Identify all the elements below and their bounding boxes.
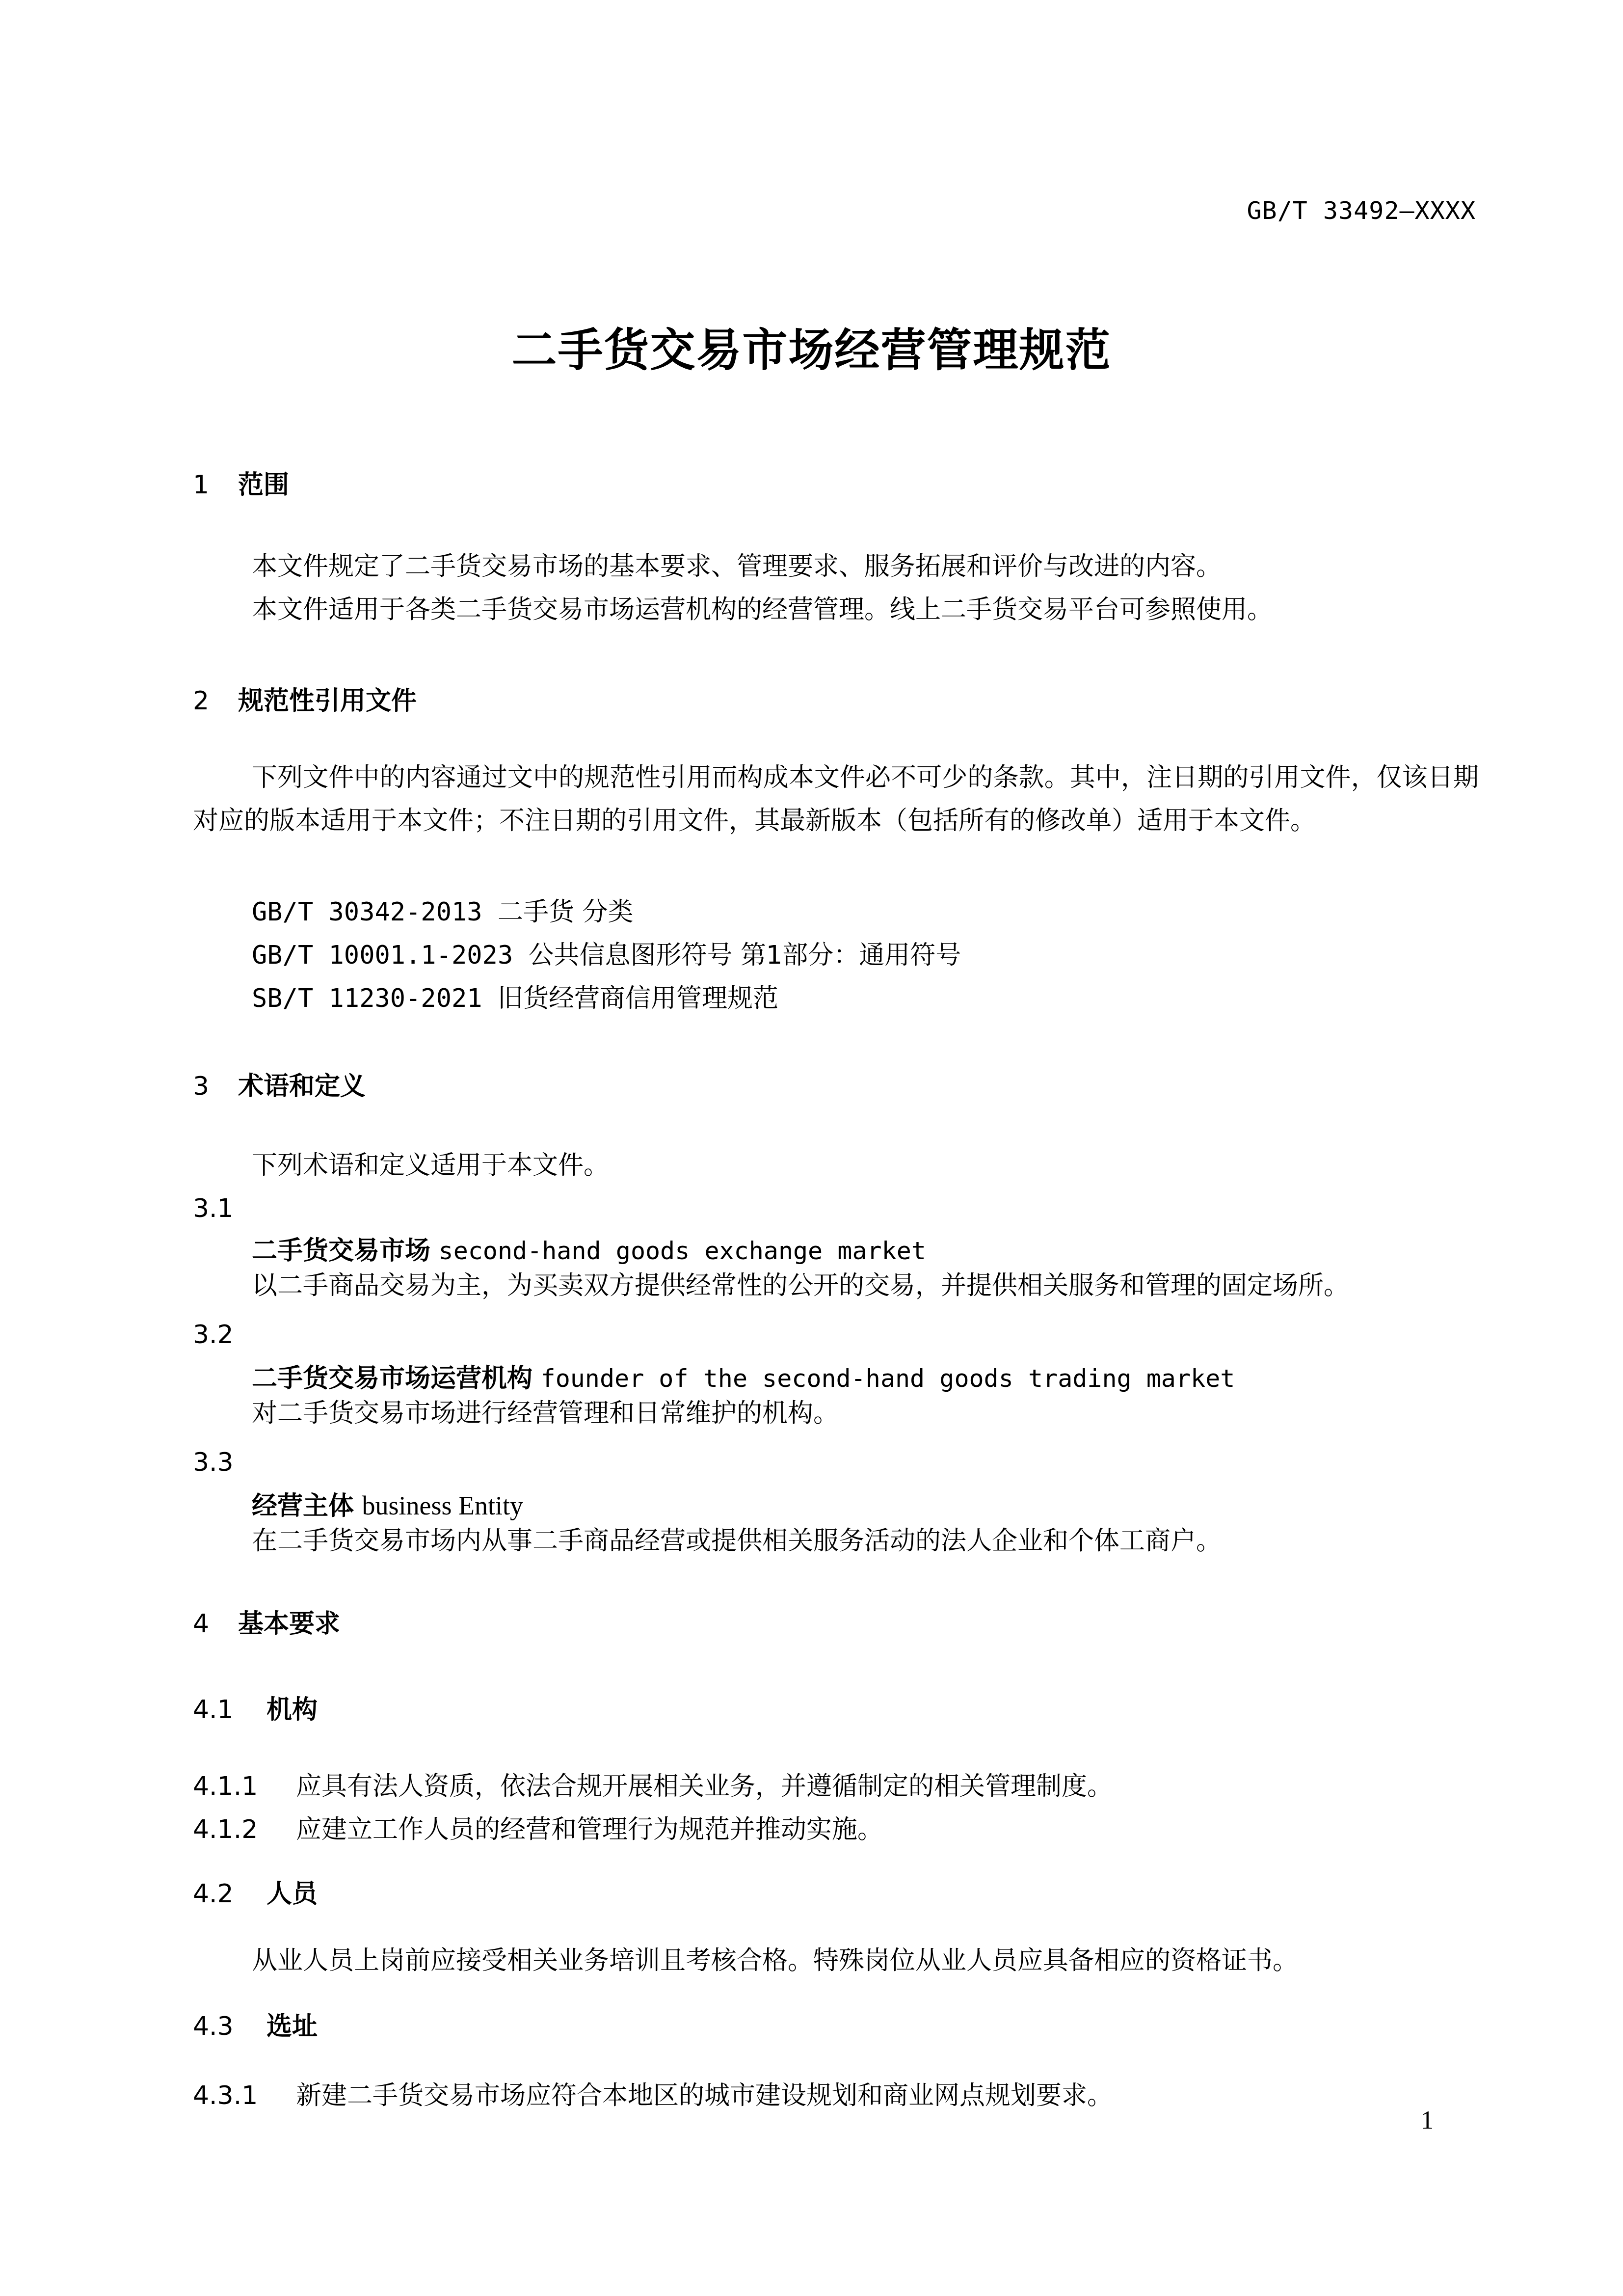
section-2-heading: 2规范性引用文件 [193, 680, 417, 717]
section-3-heading: 3术语和定义 [193, 1065, 366, 1102]
section-1-heading: 1范围 [193, 464, 289, 501]
clause-number: 4.1.2 [193, 1808, 296, 1851]
term-definition: 对二手货交易市场进行经营管理和日常维护的机构。 [252, 1392, 839, 1435]
reference-code: GB/T 30342-2013 [252, 897, 482, 927]
page-number: 1 [1421, 2106, 1434, 2135]
subsection-4-3-heading: 4.3选址 [193, 2005, 318, 2042]
subsection-number: 4.3 [193, 2012, 266, 2041]
term-zh: 二手货交易市场运营机构 [252, 1364, 532, 1393]
term-definition: 在二手货交易市场内从事二手商品经营或提供相关服务活动的法人企业和个体工商户。 [252, 1519, 1222, 1563]
term-entry: 经营主体 business Entity [252, 1485, 523, 1522]
paragraph: 从业人员上岗前应接受相关业务培训且考核合格。特殊岗位从业人员应具备相应的资格证书… [252, 1939, 1298, 1982]
reference-code: SB/T 11230-2021 [252, 984, 482, 1013]
paragraph: 本文件规定了二手货交易市场的基本要求、管理要求、服务拓展和评价与改进的内容。 [252, 545, 1222, 588]
subsection-4-2-heading: 4.2人员 [193, 1873, 318, 1910]
term-entry: 二手货交易市场运营机构 founder of the second-hand g… [252, 1357, 1235, 1394]
standard-code: GB/T 33492—XXXX [1247, 196, 1476, 225]
term-en: business Entity [362, 1491, 524, 1520]
clause-text: 新建二手货交易市场应符合本地区的城市建设规划和商业网点规划要求。 [296, 2081, 1113, 2110]
section-title: 范围 [238, 470, 289, 500]
clause-text: 应具有法人资质，依法合规开展相关业务，并遵循制定的相关管理制度。 [296, 1772, 1113, 1801]
terms-intro: 下列术语和定义适用于本文件。 [252, 1144, 609, 1187]
clause-item: 4.1.2应建立工作人员的经营和管理行为规范并推动实施。 [193, 1808, 883, 1851]
reference-title: 二手货 分类 [498, 897, 634, 927]
subsection-number: 4.1 [193, 1695, 266, 1725]
reference-title: 旧货经营商信用管理规范 [498, 984, 778, 1013]
clause-number: 4.1.1 [193, 1765, 296, 1808]
section-title: 术语和定义 [238, 1072, 366, 1101]
reference-item: SB/T 11230-2021 旧货经营商信用管理规范 [252, 977, 778, 1014]
reference-title: 公共信息图形符号 第1部分：通用符号 [529, 941, 961, 970]
section-4-heading: 4基本要求 [193, 1603, 340, 1640]
reference-item: GB/T 10001.1-2023 公共信息图形符号 第1部分：通用符号 [252, 934, 961, 971]
reference-item: GB/T 30342-2013 二手货 分类 [252, 891, 633, 928]
term-definition: 以二手商品交易为主，为买卖双方提供经常性的公开的交易，并提供相关服务和管理的固定… [252, 1264, 1349, 1307]
normative-references-intro: 下列文件中的内容通过文中的规范性引用而构成本文件必不可少的条款。其中，注日期的引… [193, 756, 1479, 842]
subsection-4-1-heading: 4.1机构 [193, 1689, 318, 1726]
section-number: 1 [193, 470, 238, 500]
term-zh: 经营主体 [252, 1491, 354, 1521]
term-number: 3.2 [193, 1313, 234, 1356]
term-zh: 二手货交易市场 [252, 1236, 430, 1266]
document-title: 二手货交易市场经营管理规范 [0, 314, 1623, 379]
section-number: 4 [193, 1609, 238, 1639]
subsection-title: 选址 [266, 2012, 318, 2041]
term-number: 3.1 [193, 1187, 234, 1230]
section-title: 基本要求 [238, 1609, 340, 1639]
reference-code: GB/T 10001.1-2023 [252, 941, 513, 970]
term-en: second-hand goods exchange market [439, 1237, 926, 1265]
clause-item: 4.3.1新建二手货交易市场应符合本地区的城市建设规划和商业网点规划要求。 [193, 2074, 1113, 2117]
subsection-title: 人员 [266, 1879, 318, 1909]
term-en: founder of the second-hand goods trading… [541, 1364, 1235, 1393]
clause-item: 4.1.1应具有法人资质，依法合规开展相关业务，并遵循制定的相关管理制度。 [193, 1765, 1113, 1808]
subsection-title: 机构 [266, 1695, 318, 1725]
section-number: 2 [193, 686, 238, 716]
section-title: 规范性引用文件 [238, 686, 417, 716]
subsection-number: 4.2 [193, 1879, 266, 1909]
term-number: 3.3 [193, 1441, 234, 1484]
clause-number: 4.3.1 [193, 2074, 296, 2117]
term-entry: 二手货交易市场 second-hand goods exchange marke… [252, 1230, 926, 1267]
paragraph: 本文件适用于各类二手货交易市场运营机构的经营管理。线上二手货交易平台可参照使用。 [252, 588, 1273, 631]
clause-text: 应建立工作人员的经营和管理行为规范并推动实施。 [296, 1815, 883, 1844]
section-number: 3 [193, 1072, 238, 1101]
